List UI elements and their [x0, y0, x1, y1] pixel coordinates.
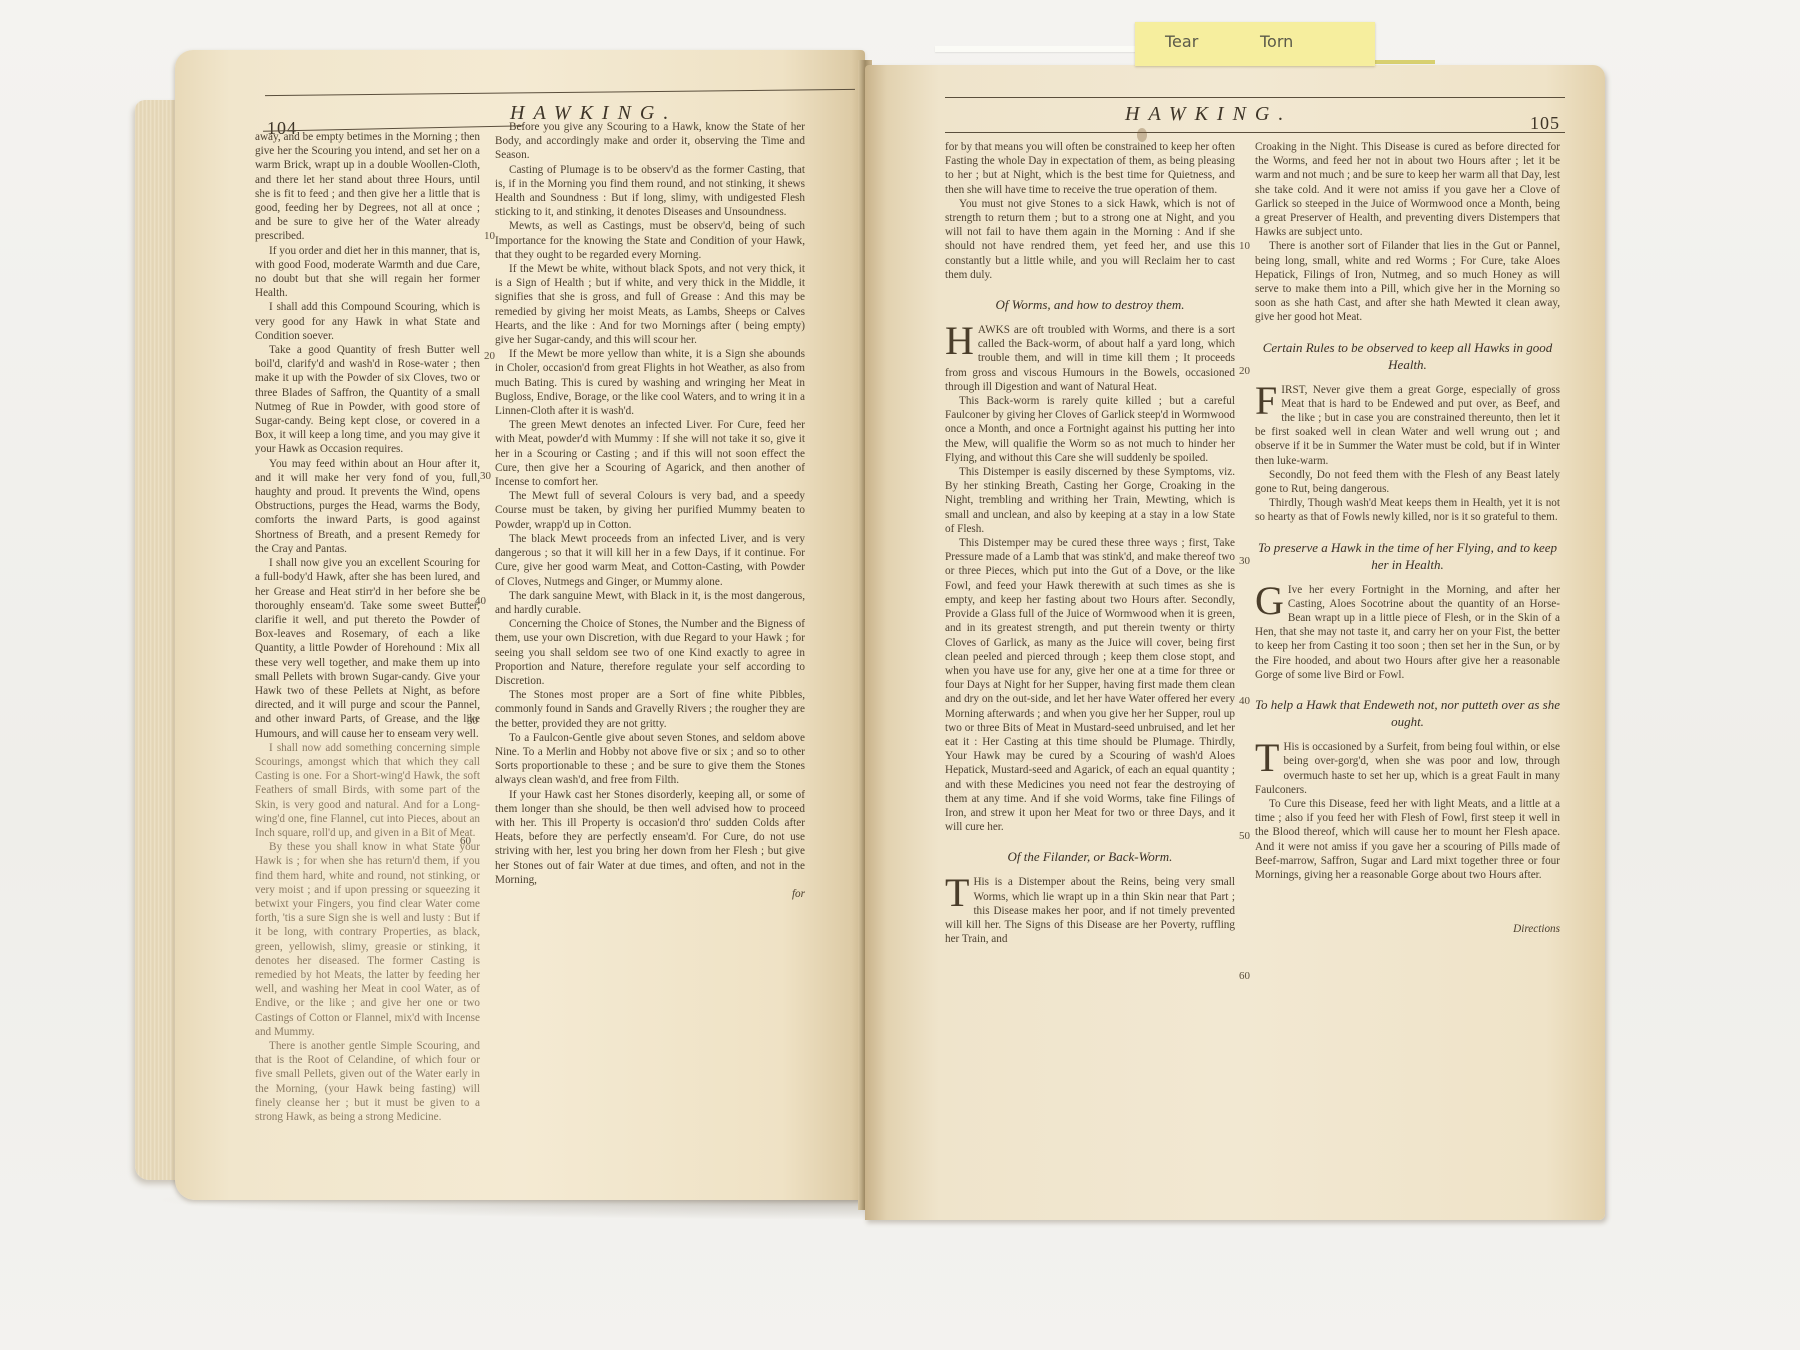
paragraph-first: GIve her every Fortnight in the Morning,…	[1255, 583, 1560, 682]
paragraph: By these you shall know in what State yo…	[255, 840, 480, 1039]
page-104: HAWKING. 104 away, and be empty betimes …	[175, 50, 865, 1200]
paragraph: Croaking in the Night. This Disease is c…	[1255, 140, 1560, 239]
paragraph: If your Hawk cast her Stones disorderly,…	[495, 788, 805, 887]
line-number: 10	[484, 230, 495, 242]
section-heading-filander: Of the Filander, or Back-Worm.	[945, 848, 1235, 865]
section-heading-endeweth: To help a Hawk that Endeweth not, nor pu…	[1255, 696, 1560, 730]
paragraph-text: His is occasioned by a Surfeit, from bei…	[1255, 741, 1560, 796]
header-rule-bottom	[945, 132, 1565, 133]
sticky-note: Tear Torn	[1135, 22, 1375, 66]
catchword: Directions	[1255, 922, 1560, 936]
drop-cap: H	[945, 325, 974, 357]
paragraph: This Distemper may be cured these three …	[945, 536, 1235, 834]
line-number: 50	[1239, 830, 1250, 842]
paragraph-first: THis is occasioned by a Surfeit, from be…	[1255, 740, 1560, 797]
text-column-2: Croaking in the Night. This Disease is c…	[1255, 140, 1560, 936]
text-column-1: away, and be empty betimes in the Mornin…	[255, 130, 480, 1124]
paragraph: Before you give any Scouring to a Hawk, …	[495, 120, 805, 163]
paragraph: Casting of Plumage is to be observ'd as …	[495, 163, 805, 220]
paragraph-first: THis is a Distemper about the Reins, bei…	[945, 875, 1235, 946]
paragraph: The Stones most proper are a Sort of fin…	[495, 688, 805, 731]
line-number: 50	[467, 715, 478, 727]
page-105: HAWKING. 105 for by that means you will …	[865, 65, 1605, 1220]
line-number: 10	[1239, 240, 1250, 252]
section-heading-preserve: To preserve a Hawk in the time of her Fl…	[1255, 539, 1560, 573]
paragraph-first: HAWKS are oft troubled with Worms, and t…	[945, 323, 1235, 394]
text-column-2: Before you give any Scouring to a Hawk, …	[495, 120, 805, 901]
section-heading-rules: Certain Rules to be observed to keep all…	[1255, 339, 1560, 373]
paragraph: Concerning the Choice of Stones, the Num…	[495, 617, 805, 688]
paragraph: The dark sanguine Mewt, with Black in it…	[495, 589, 805, 617]
paragraph: The Mewt full of several Colours is very…	[495, 489, 805, 532]
page-number: 105	[1530, 113, 1560, 134]
header-rule-top	[265, 89, 855, 96]
section-heading-worms: Of Worms, and how to destroy them.	[945, 296, 1235, 313]
paragraph: If you order and diet her in this manner…	[255, 244, 480, 301]
bookmark-paper-strip	[935, 46, 1145, 52]
paragraph: To a Faulcon-Gentle give about seven Sto…	[495, 731, 805, 788]
line-number: 30	[1239, 555, 1250, 567]
line-number: 20	[484, 350, 495, 362]
bookmark-tab	[1375, 60, 1435, 64]
line-number: 60	[1239, 970, 1250, 982]
paragraph: This Back-worm is rarely quite killed ; …	[945, 394, 1235, 465]
paragraph: You must not give Stones to a sick Hawk,…	[945, 197, 1235, 282]
paragraph-first: FIRST, Never give them a great Gorge, es…	[1255, 383, 1560, 468]
sticky-note-word2: Torn	[1260, 32, 1293, 51]
line-number: 60	[460, 835, 471, 847]
paragraph: away, and be empty betimes in the Mornin…	[255, 130, 480, 244]
paragraph: If the Mewt be more yellow than white, i…	[495, 347, 805, 418]
paragraph: The green Mewt denotes an infected Liver…	[495, 418, 805, 489]
paragraph: If the Mewt be white, without black Spot…	[495, 262, 805, 347]
paragraph-text: His is a Distemper about the Reins, bein…	[945, 876, 1235, 945]
paragraph-text: Ive her every Fortnight in the Morning, …	[1255, 584, 1560, 681]
paragraph: for by that means you will often be cons…	[945, 140, 1235, 197]
header-rule-top	[945, 97, 1565, 98]
drop-cap: T	[1255, 742, 1279, 774]
drop-cap: G	[1255, 585, 1284, 617]
line-number: 30	[480, 470, 491, 482]
paragraph: I shall add this Compound Scouring, whic…	[255, 300, 480, 343]
paragraph-text: AWKS are oft troubled with Worms, and th…	[945, 324, 1235, 393]
paragraph: I shall now add something concerning sim…	[255, 741, 480, 840]
paragraph: Thirdly, Though wash'd Meat keeps them i…	[1255, 496, 1560, 524]
paragraph: You may feed within about an Hour after …	[255, 457, 480, 556]
paragraph: There is another gentle Simple Scouring,…	[255, 1039, 480, 1124]
paragraph: To Cure this Disease, feed her with ligh…	[1255, 797, 1560, 882]
paragraph: Mewts, as well as Castings, must be obse…	[495, 219, 805, 262]
paragraph: The black Mewt proceeds from an infected…	[495, 532, 805, 589]
paragraph: This Distemper is easily discerned by th…	[945, 465, 1235, 536]
paragraph-text: IRST, Never give them a great Gorge, esp…	[1255, 384, 1560, 467]
paragraph: I shall now give you an excellent Scouri…	[255, 556, 480, 741]
running-head: HAWKING.	[1125, 103, 1292, 126]
paragraph: There is another sort of Filander that l…	[1255, 239, 1560, 324]
text-column-1: for by that means you will often be cons…	[945, 140, 1235, 946]
line-number: 40	[1239, 695, 1250, 707]
sticky-note-word1: Tear	[1165, 32, 1198, 51]
paragraph: Take a good Quantity of fresh Butter wel…	[255, 343, 480, 457]
catchword: for	[495, 887, 805, 901]
line-number: 40	[475, 595, 486, 607]
line-number: 20	[1239, 365, 1250, 377]
drop-cap: T	[945, 877, 969, 909]
drop-cap: F	[1255, 385, 1277, 417]
stain-spot	[1137, 128, 1147, 142]
paragraph: Secondly, Do not feed them with the Fles…	[1255, 468, 1560, 496]
